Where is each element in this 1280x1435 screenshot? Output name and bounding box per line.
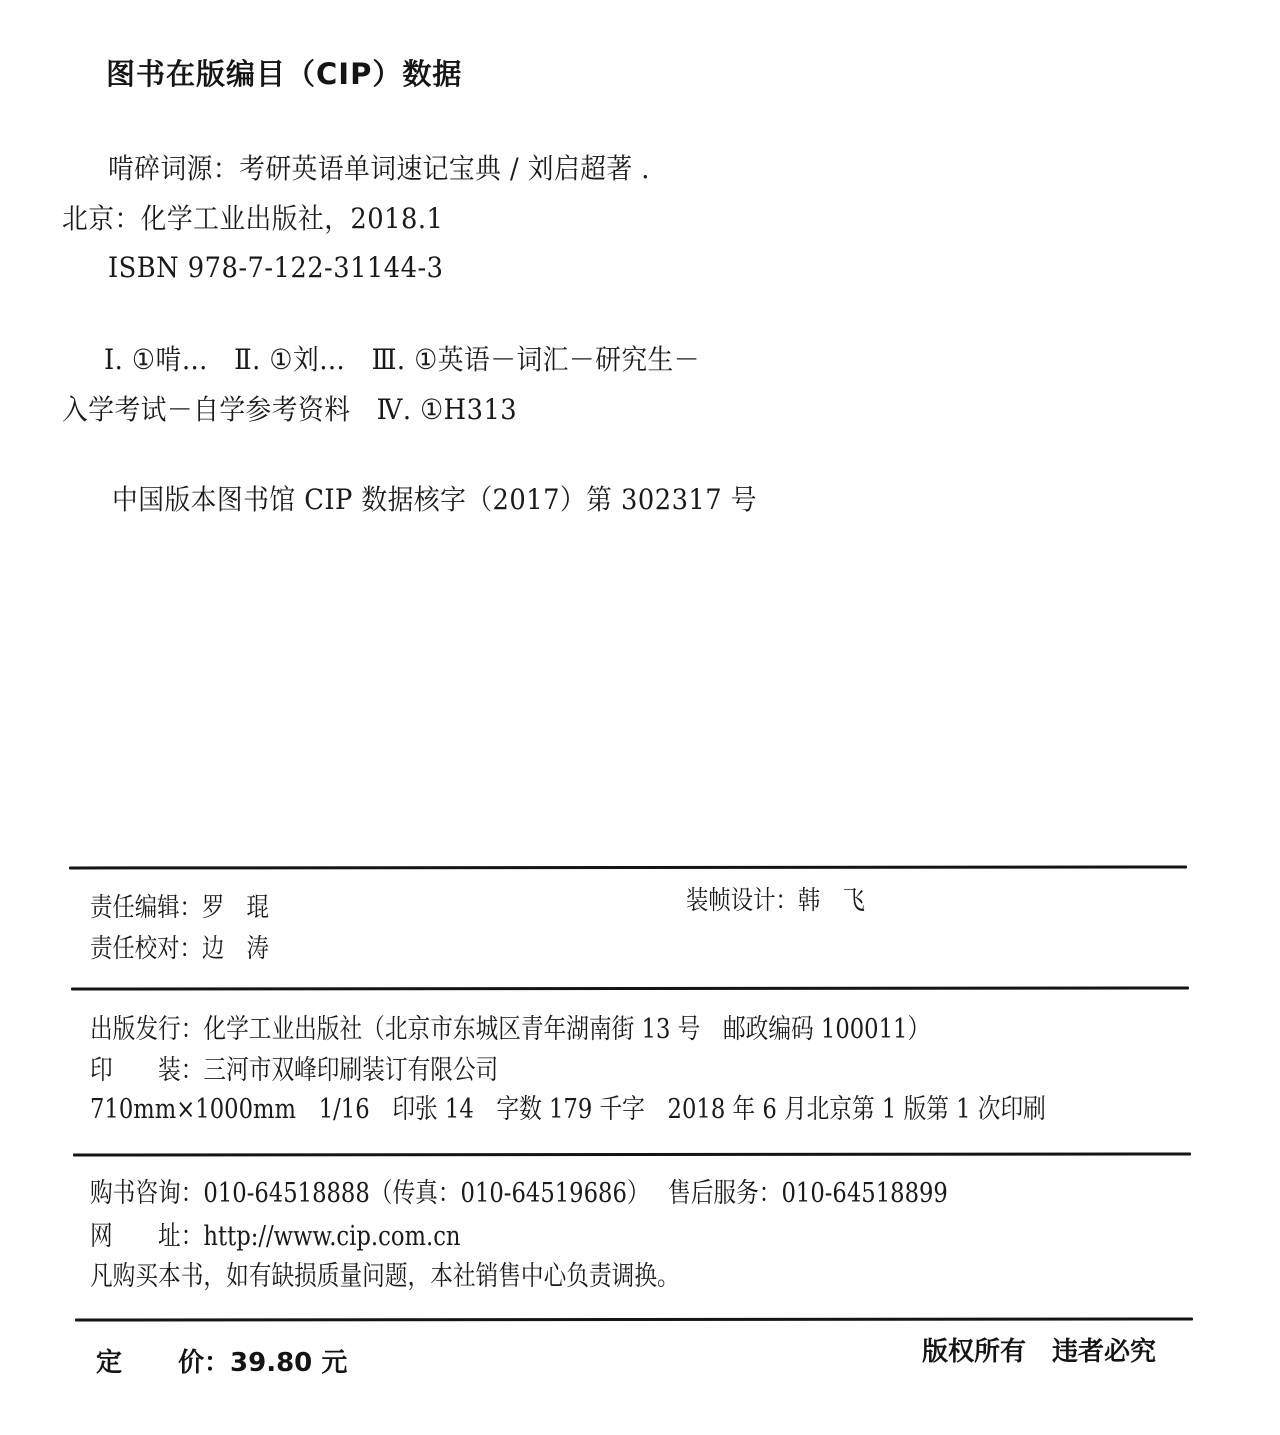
- designer-label: 装帧设计：: [686, 886, 798, 916]
- service-label: 售后服务：: [668, 1178, 781, 1209]
- cip-isbn-line: ISBN 978-7-122-31144-3: [108, 254, 443, 282]
- cip-subject-line-2: 入学考试－自学参考资料 Ⅳ. ①H313: [62, 396, 517, 424]
- proofreader-row: 责任校对：边 涛: [90, 936, 269, 962]
- website-row: 网 址：http://www.cip.com.cn: [90, 1223, 461, 1250]
- purchase-value: 010-64518888（传真：010-64519686）: [203, 1178, 649, 1209]
- purchase-row: 购书咨询：010-64518888（传真：010-64519686）售后服务：0…: [90, 1180, 948, 1207]
- copyright-notice: 版权所有 违者必究: [922, 1339, 1156, 1365]
- price-row: 定价：39.80 元: [96, 1350, 347, 1376]
- cip-number-line: 中国版本图书馆 CIP 数据核字（2017）第 302317 号: [112, 486, 757, 514]
- proofreader-name: 边 涛: [202, 934, 269, 964]
- proofreader-label: 责任校对：: [90, 934, 202, 964]
- printer-row: 印 装：三河市双峰印刷装订有限公司: [90, 1057, 498, 1084]
- divider-1: [69, 866, 1187, 870]
- publisher-label: 出版发行：: [90, 1014, 203, 1045]
- editor-row: 责任编辑：罗 琨: [90, 895, 269, 921]
- divider-2: [71, 987, 1189, 991]
- editor-name: 罗 琨: [202, 893, 269, 923]
- cip-subject-line-1: Ⅰ. ①啃… Ⅱ. ①刘… Ⅲ. ①英语－词汇－研究生－: [104, 346, 700, 374]
- copyright-page: 图书在版编目（CIP）数据 啃碎词源：考研英语单词速记宝典 / 刘启超著 . 北…: [0, 0, 1280, 1435]
- printer-label: 印 装：: [90, 1055, 203, 1086]
- price-label-2: 价：: [178, 1348, 230, 1378]
- designer-row: 装帧设计：韩 飞: [686, 888, 865, 914]
- cip-imprint-line: 北京：化学工业出版社，2018.1: [62, 205, 443, 233]
- website-link[interactable]: http://www.cip.com.cn: [203, 1221, 460, 1252]
- exchange-notice: 凡购买本书，如有缺损质量问题，本社销售中心负责调换。: [90, 1263, 680, 1290]
- price-label-1: 定: [96, 1348, 122, 1378]
- purchase-label: 购书咨询：: [90, 1178, 203, 1209]
- publisher-value: 化学工业出版社（北京市东城区青年湖南街 13 号 邮政编码 100011）: [203, 1014, 930, 1045]
- designer-name: 韩 飞: [798, 886, 865, 916]
- price-value: 39.80 元: [230, 1348, 347, 1378]
- editor-label: 责任编辑：: [90, 893, 202, 923]
- website-label: 网 址：: [90, 1221, 203, 1252]
- divider-4: [75, 1318, 1193, 1322]
- printer-value: 三河市双峰印刷装订有限公司: [203, 1055, 498, 1086]
- service-value: 010-64518899: [781, 1178, 947, 1209]
- spec-line: 710mm×1000mm 1/16 印张 14 字数 179 千字 2018 年…: [90, 1096, 1046, 1123]
- divider-3: [73, 1153, 1191, 1157]
- cip-title-line: 啃碎词源：考研英语单词速记宝典 / 刘启超著 .: [108, 155, 650, 183]
- cip-heading: 图书在版编目（CIP）数据: [106, 60, 462, 89]
- publisher-row: 出版发行：化学工业出版社（北京市东城区青年湖南街 13 号 邮政编码 10001…: [90, 1016, 930, 1043]
